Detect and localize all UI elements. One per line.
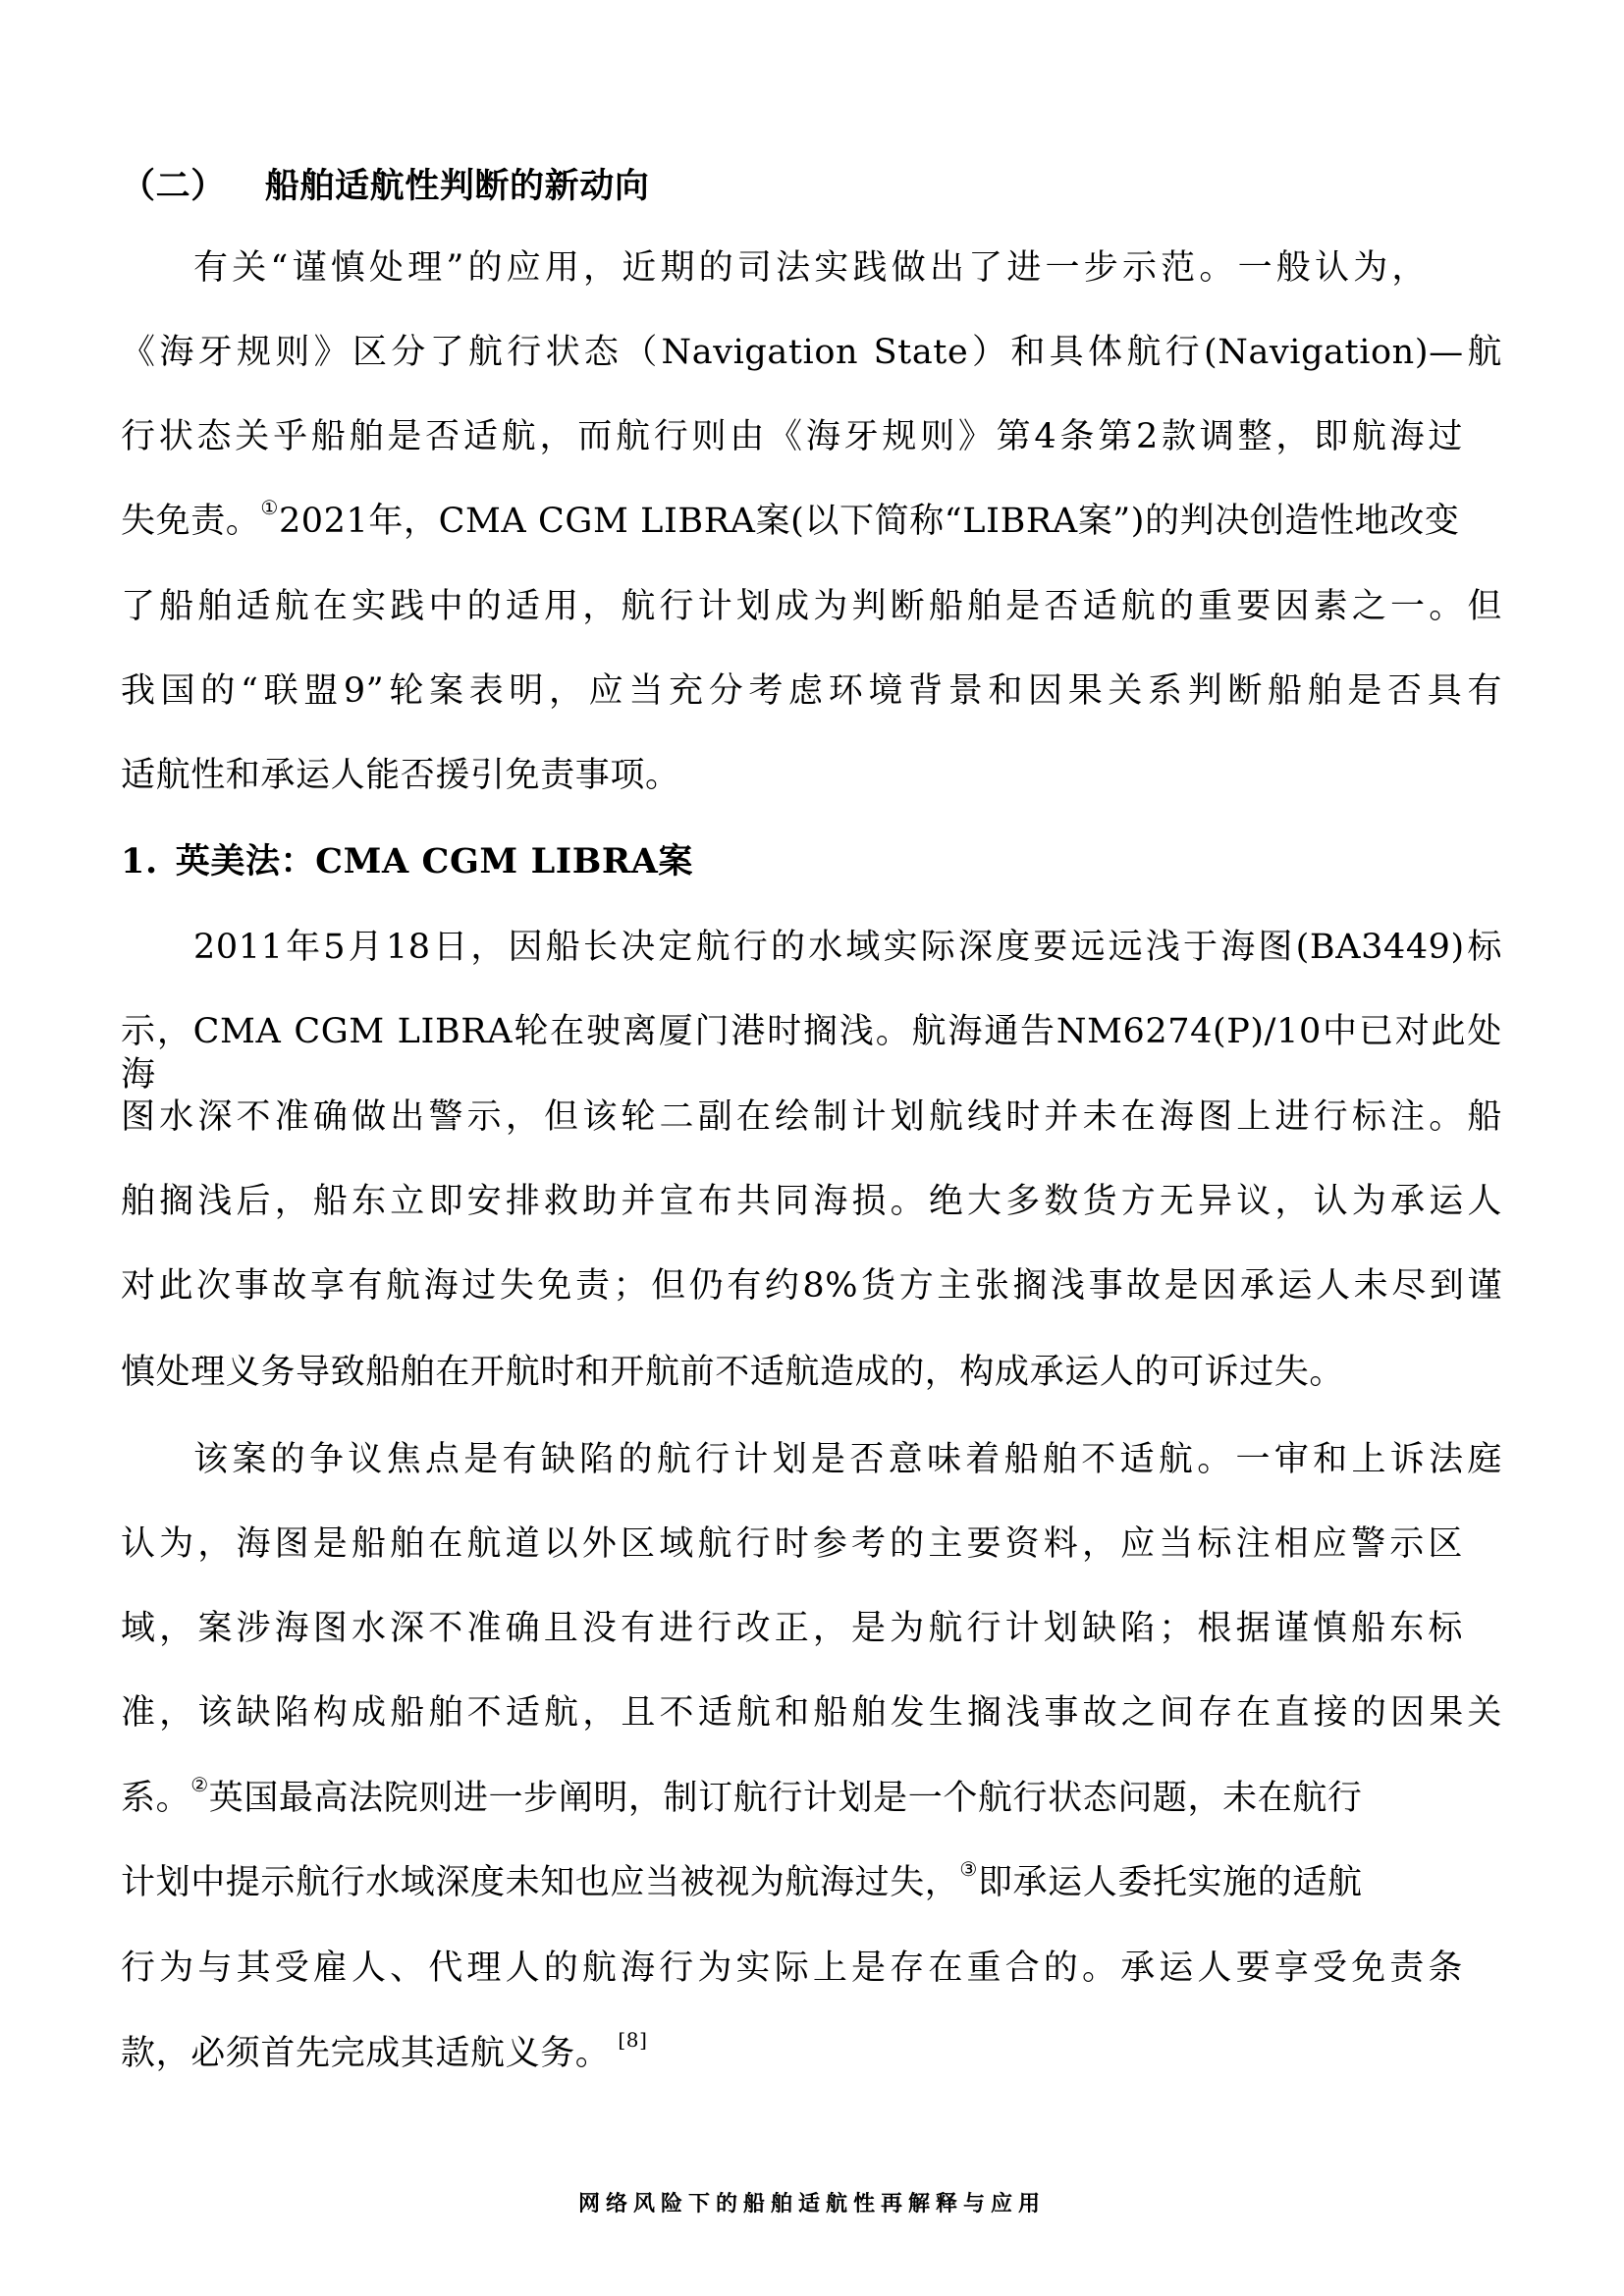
para1-line-3: 行状态关乎船舶是否适航，而航行则由《海牙规则》第4条第2款调整，即航海过 [121, 415, 1463, 458]
citation-ref-8[interactable]: [8] [618, 2028, 647, 2052]
para3-line-6-post: 即承运人委托实施的适航 [978, 1863, 1363, 1902]
para2-line-6: 慎处理义务导致船舶在开航时和开航前不适航造成的，构成承运人的可诉过失。 [121, 1351, 1502, 1394]
para1-line-7: 适航性和承运人能否援引免责事项。 [121, 754, 1502, 797]
section-heading: （二）船舶适航性判断的新动向 [121, 165, 1502, 208]
para3-line-2: 认为，海图是船舶在航道以外区域航行时参考的主要资料，应当标注相应警示区 [121, 1522, 1463, 1566]
subsection-heading: 1.英美法：CMA CGM LIBRA案 [121, 840, 1502, 883]
footnote-ref-2[interactable]: ② [190, 1773, 209, 1796]
section-heading-number: （二） [121, 166, 226, 206]
para3-line-8: 款，必须首先完成其适航义务。[8] [121, 2032, 1502, 2075]
para3-line-3: 域，案涉海图水深不准确且没有进行改正，是为航行计划缺陷；根据谨慎船东标 [121, 1607, 1463, 1650]
para2-line-1: 2011年5月18日，因船长决定航行的水域实际深度要远远浅于海图(BA3449)… [193, 926, 1502, 969]
para3-line-4: 准，该缺陷构成船舶不适航，且不适航和船舶发生搁浅事故之间存在直接的因果关 [121, 1691, 1502, 1735]
para1-line-4-post: 2021年，CMA CGM LIBRA案(以下简称“LIBRA案”)的判决创造性… [279, 502, 1460, 541]
para2-line-3: 图水深不准确做出警示，但该轮二副在绘制计划航线时并未在海图上进行标注。船 [121, 1095, 1502, 1139]
footnote-ref-1[interactable]: ① [260, 496, 279, 519]
para1-line-1: 有关“谨慎处理”的应用，近期的司法实践做出了进一步示范。一般认为， [193, 246, 1427, 290]
para3-line-7: 行为与其受雇人、代理人的航海行为实际上是存在重合的。承运人要享受免责条 [121, 1947, 1463, 1990]
para1-line-2: 《海牙规则》区分了航行状态（Navigation State）和具体航行(Nav… [121, 331, 1502, 374]
para2-line-2: 示，CMA CGM LIBRA轮在驶离厦门港时搁浅。航海通告NM6274(P)/… [121, 1010, 1502, 1053]
para1-line-6: 我国的“联盟9”轮案表明，应当充分考虑环境背景和因果关系判断船舶是否具有 [121, 669, 1502, 713]
para1-line-5: 了船舶适航在实践中的适用，航行计划成为判断船舶是否适航的重要因素之一。但 [121, 585, 1502, 628]
subsection-number: 1. [121, 841, 158, 881]
para3-line-5-pre: 系。 [121, 1779, 190, 1818]
para3-line-8-text: 款，必须首先完成其适航义务。 [121, 2034, 610, 2073]
para1-line-4-pre: 失免责。 [121, 502, 260, 541]
para3-line-5-post: 英国最高法院则进一步阐明，制订航行计划是一个航行状态问题，未在航行 [209, 1779, 1363, 1818]
para3-line-1: 该案的争议焦点是有缺陷的航行计划是否意味着船舶不适航。一审和上诉法庭 [193, 1438, 1502, 1481]
para3-line-6-pre: 计划中提示航行水域深度未知也应当被视为航海过失， [121, 1863, 959, 1902]
para1-line-4: 失免责。①2021年，CMA CGM LIBRA案(以下简称“LIBRA案”)的… [121, 500, 1502, 543]
subsection-title: 英美法：CMA CGM LIBRA案 [176, 841, 693, 881]
para2-line-4: 舶搁浅后，船东立即安排救助并宣布共同海损。绝大多数货方无异议，认为承运人 [121, 1180, 1502, 1223]
para3-line-6: 计划中提示航行水域深度未知也应当被视为航海过失，③即承运人委托实施的适航 [121, 1861, 1502, 1904]
footer-running-title: 网络风险下的船舶适航性再解释与应用 [0, 2187, 1624, 2217]
para3-line-5: 系。②英国最高法院则进一步阐明，制订航行计划是一个航行状态问题，未在航行 [121, 1777, 1502, 1820]
footnote-ref-3[interactable]: ③ [959, 1857, 978, 1881]
section-heading-title: 船舶适航性判断的新动向 [265, 166, 650, 206]
para2-line-5: 对此次事故享有航海过失免责；但仍有约8%货方主张搁浅事故是因承运人未尽到谨 [121, 1264, 1502, 1308]
